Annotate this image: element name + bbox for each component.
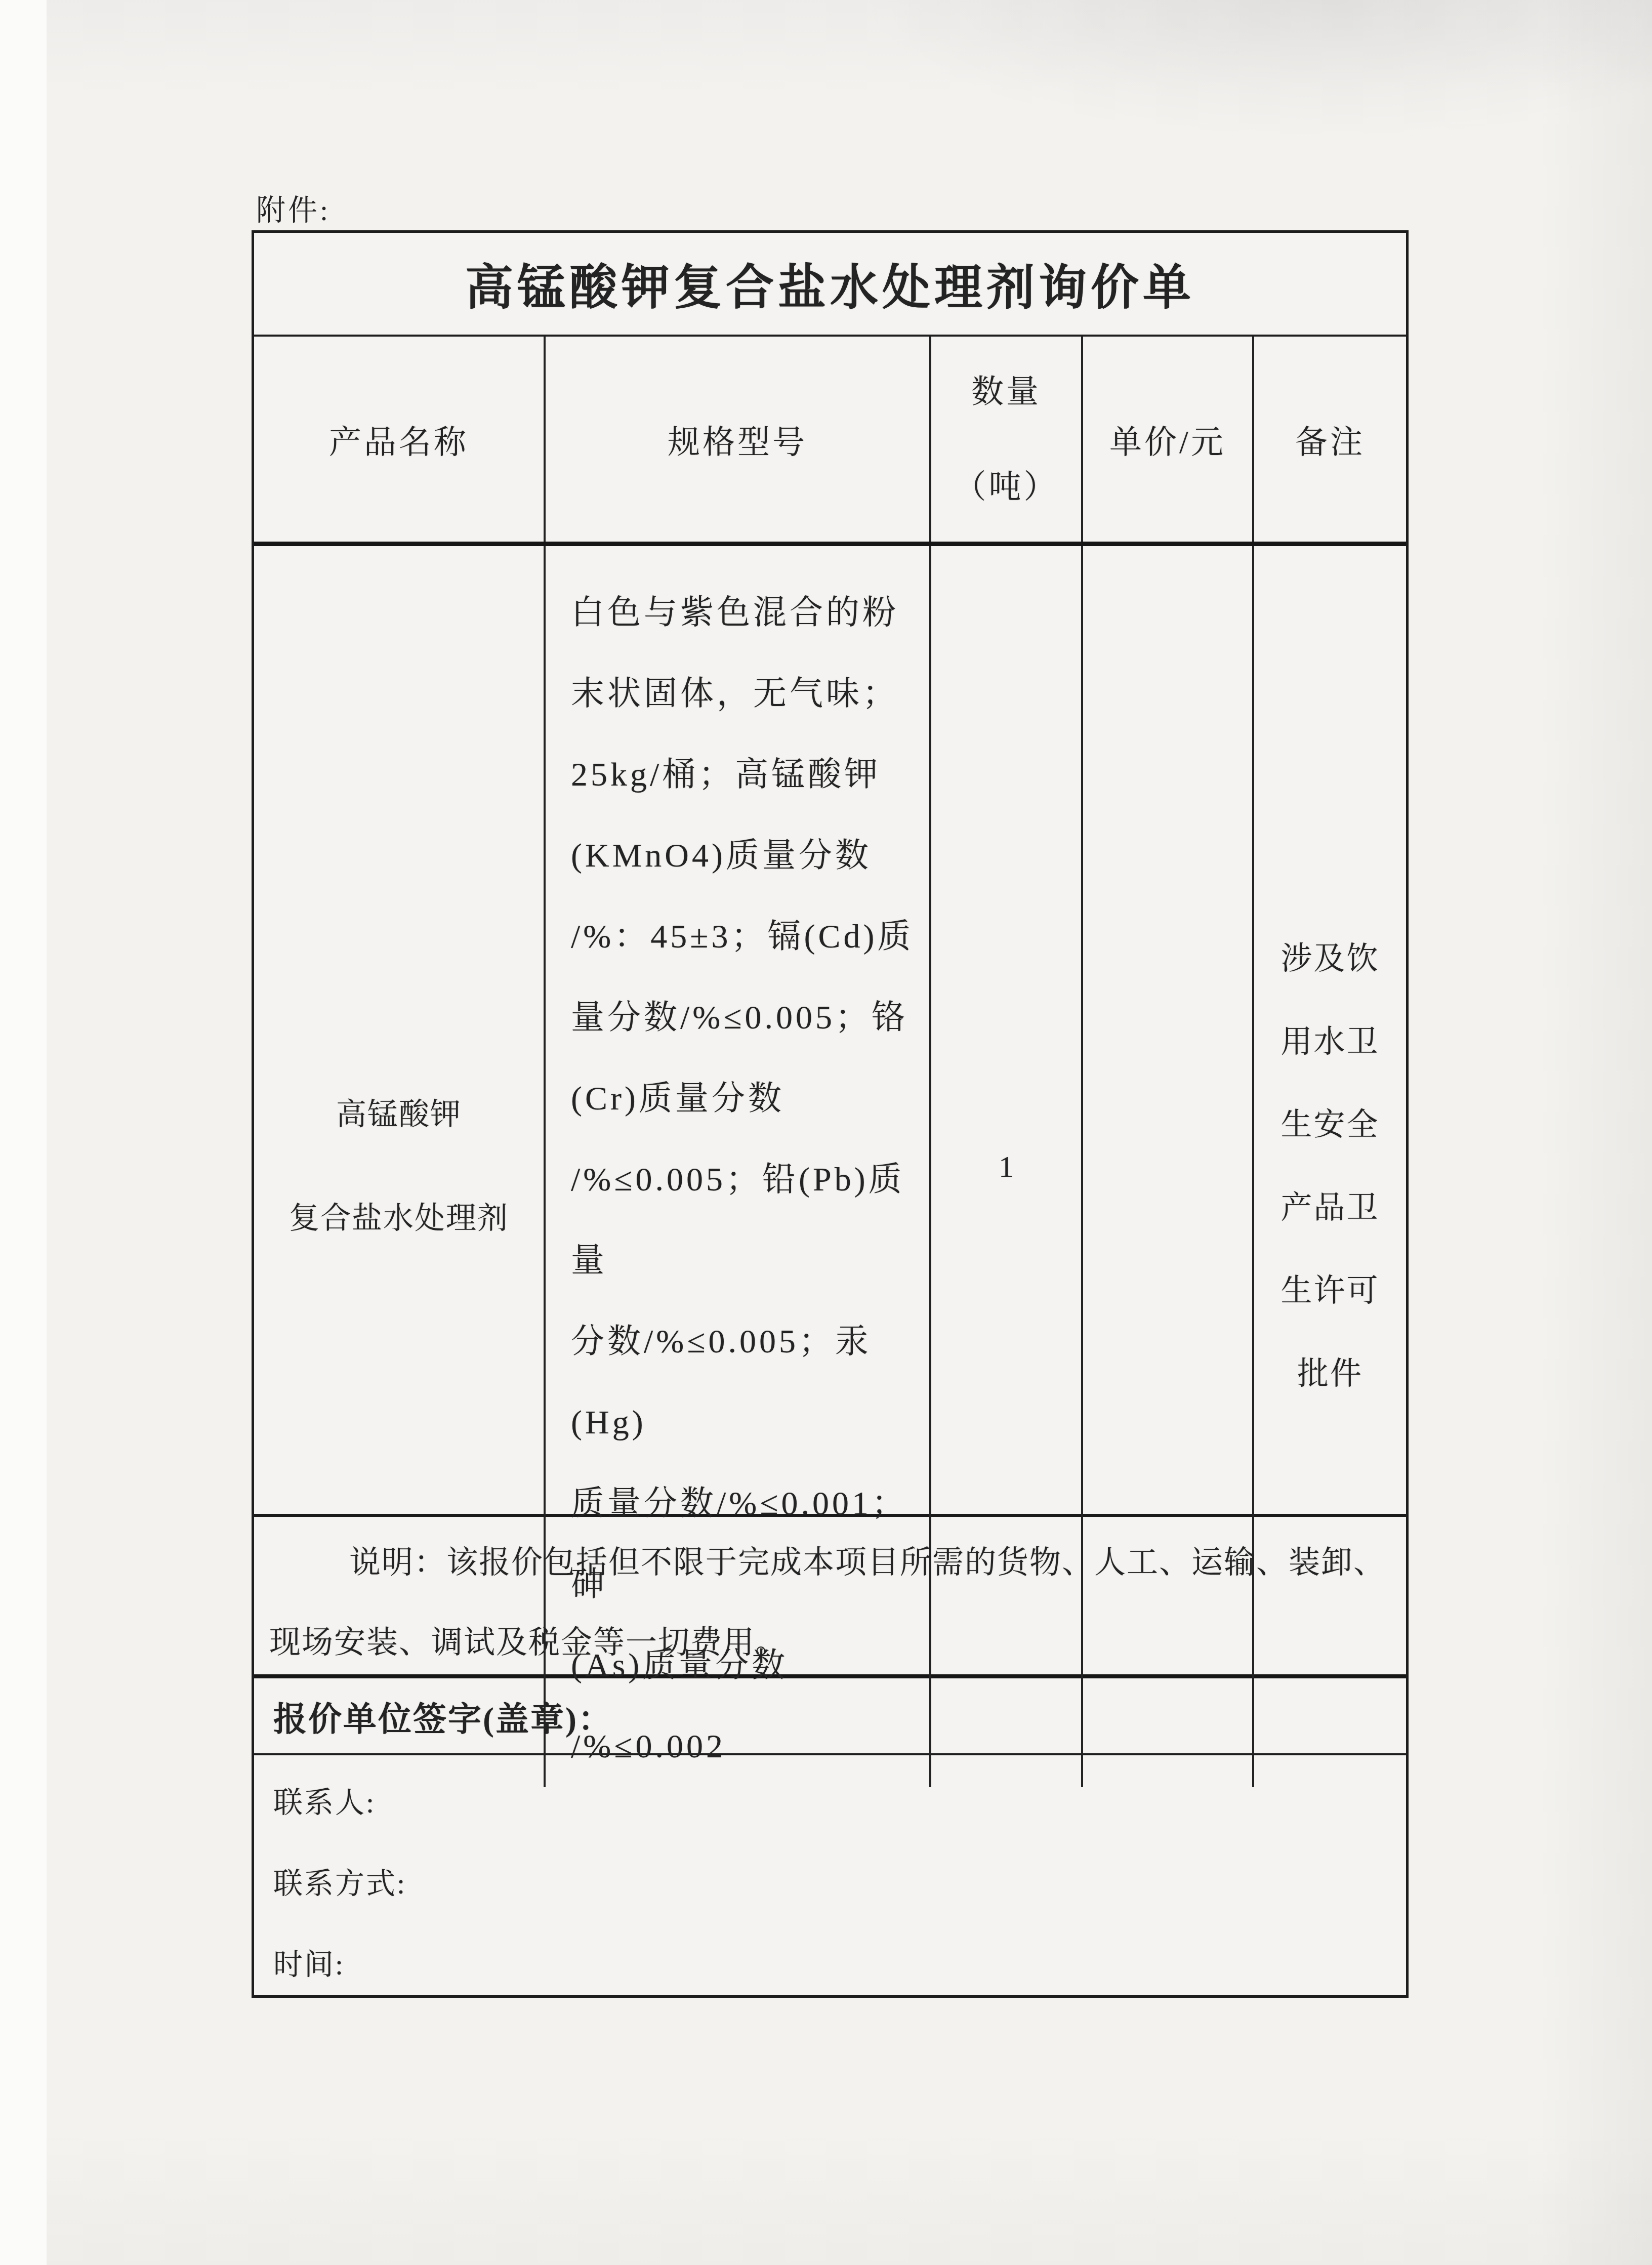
contact-method-label: 联系方式: xyxy=(273,1843,1406,1924)
header-spec-model: 规格型号 xyxy=(546,337,931,542)
header-remark: 备注 xyxy=(1254,337,1406,542)
remark-line: 批件 xyxy=(1297,1333,1363,1416)
table-title: 高锰酸钾复合盐水处理剂询价单 xyxy=(465,250,1195,318)
scan-left-margin xyxy=(0,0,47,2265)
spec-line: (KMnO4)质量分数 xyxy=(571,815,914,896)
product-name-line: 复合盐水处理剂 xyxy=(289,1167,509,1270)
header-quantity-line1: 数量 xyxy=(971,344,1041,439)
remark-line: 产品卫 xyxy=(1281,1167,1379,1250)
table-data-row: 高锰酸钾 复合盐水处理剂 白色与紫色混合的粉 末状固体，无气味； 25kg/桶；… xyxy=(254,546,1406,1517)
header-unit-price: 单价/元 xyxy=(1083,337,1254,542)
spec-line: 分数/%≤0.005；汞(Hg) xyxy=(571,1301,914,1463)
spec-line: /%≤0.005；铅(Pb)质量 xyxy=(571,1139,914,1301)
note-line: 说明：该报价包括但不限于完成本项目所需的货物、人工、运输、装卸、 xyxy=(269,1523,1386,1603)
header-quantity: 数量 （吨） xyxy=(931,337,1083,542)
spec-line: (Cr)质量分数 xyxy=(571,1058,914,1139)
spec-line: 量分数/%≤0.005；铬 xyxy=(571,977,914,1058)
table-header-row: 产品名称 规格型号 数量 （吨） 单价/元 备注 xyxy=(254,337,1406,546)
spec-line: 末状固体，无气味； xyxy=(571,653,914,734)
remark-line: 生安全 xyxy=(1281,1084,1379,1167)
product-name-line: 高锰酸钾 xyxy=(336,1063,462,1167)
spec-line: 25kg/桶；高锰酸钾 xyxy=(571,734,914,815)
table-title-row: 高锰酸钾复合盐水处理剂询价单 xyxy=(254,233,1406,337)
header-product-name: 产品名称 xyxy=(254,337,546,542)
signature-label: 报价单位签字(盖章)： xyxy=(273,1692,613,1740)
attachment-label: 附件: xyxy=(256,186,331,229)
spec-line: 白色与紫色混合的粉 xyxy=(571,572,914,653)
header-quantity-line2: （吨） xyxy=(954,439,1059,534)
remark-line: 生许可 xyxy=(1281,1250,1379,1333)
remark-line: 用水卫 xyxy=(1281,1001,1379,1084)
remark-line: 涉及饮 xyxy=(1281,918,1379,1001)
inquiry-table: 高锰酸钾复合盐水处理剂询价单 产品名称 规格型号 数量 （吨） 单价/元 备注 … xyxy=(252,230,1409,1998)
table-contact-row: 联系人: 联系方式: 时间: xyxy=(254,1755,1406,2005)
scanned-page: 附件: 高锰酸钾复合盐水处理剂询价单 产品名称 规格型号 数量 （吨） 单价/元… xyxy=(0,0,1652,2265)
spec-line: /%≤0.002 xyxy=(571,1706,914,1787)
spec-line: /%：45±3；镉(Cd)质 xyxy=(571,896,914,977)
contact-time-label: 时间: xyxy=(273,1924,1406,2005)
